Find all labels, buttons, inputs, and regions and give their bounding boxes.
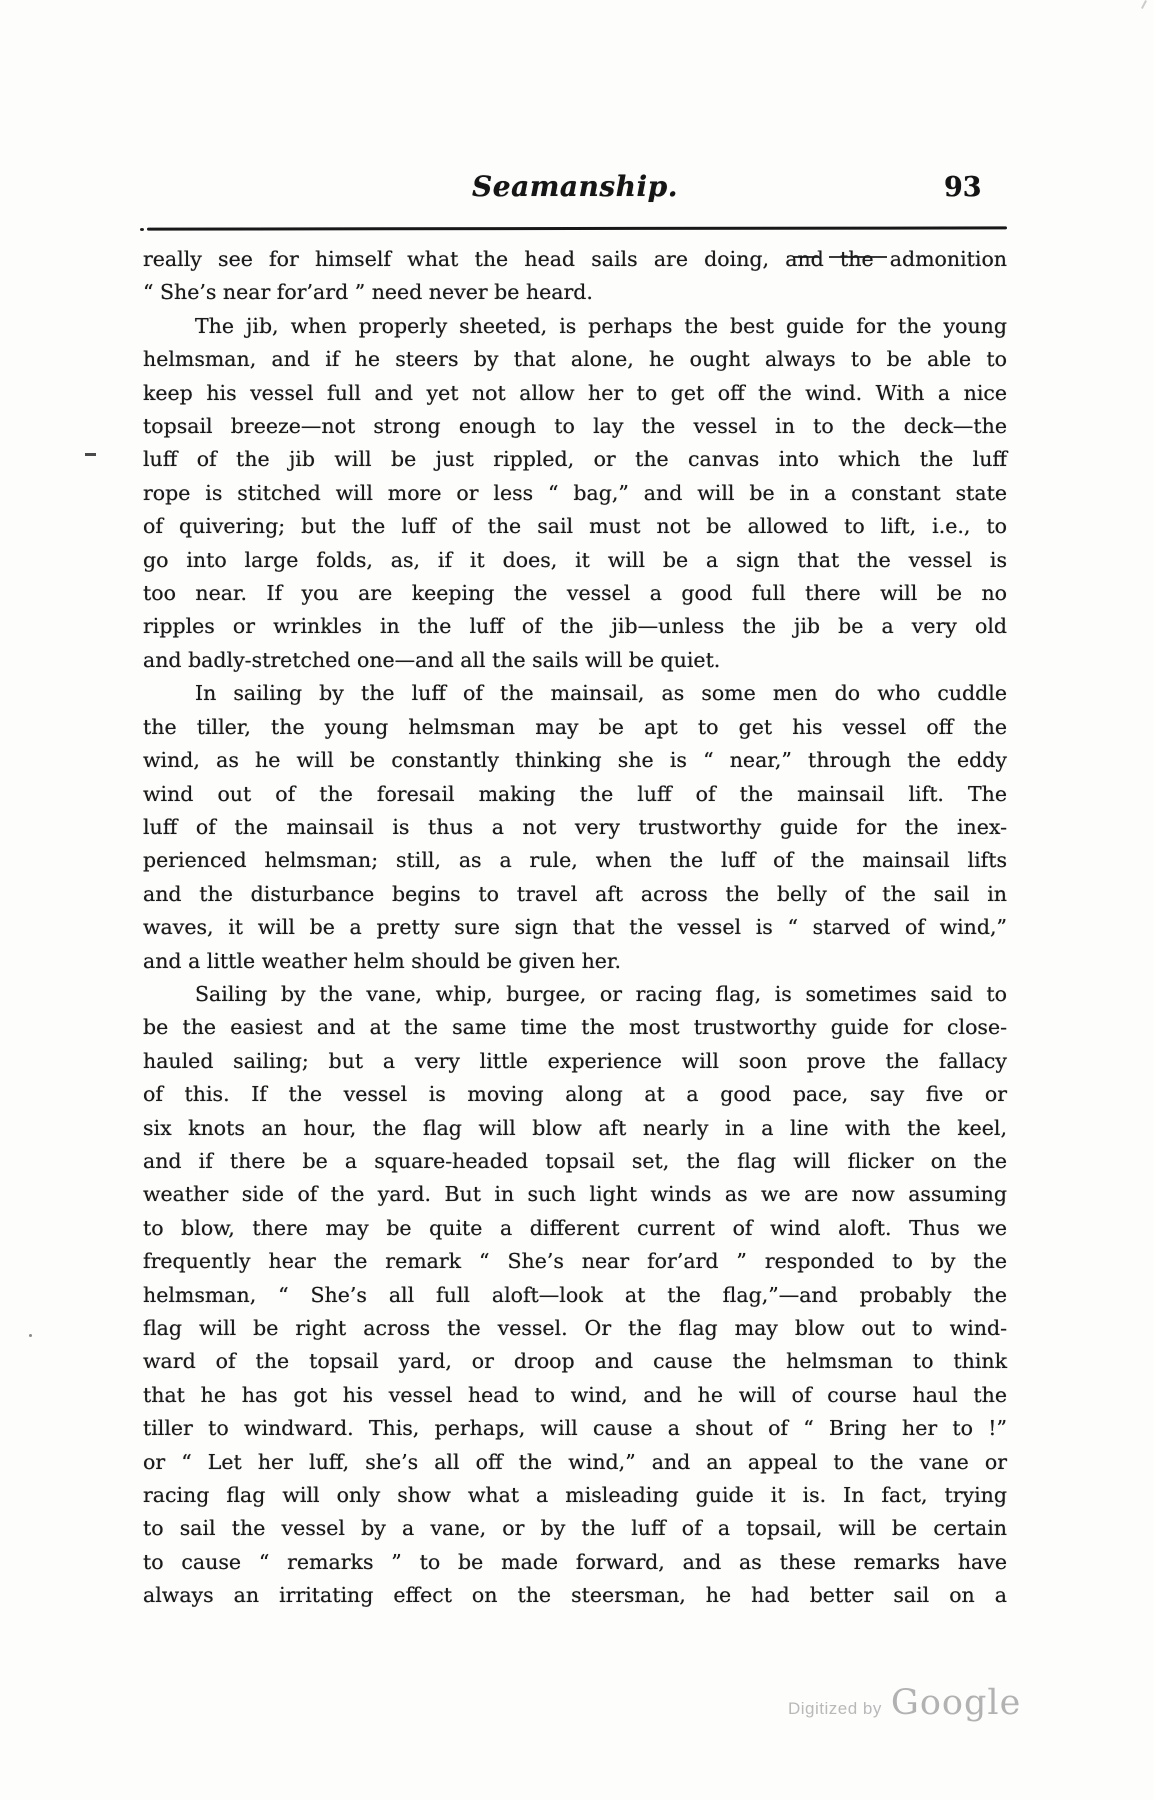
digitized-by-label: Digitized by: [788, 1699, 882, 1719]
google-logo: Google: [891, 1683, 1021, 1723]
text-line: helmsman, “ She’s all full aloft—look at…: [143, 1279, 1007, 1312]
text-line: or “ Let her luff, she’s all off the win…: [143, 1446, 1007, 1479]
text-line: six knots an hour, the flag will blow af…: [143, 1112, 1007, 1145]
text-line: racing flag will only show what a mislea…: [143, 1479, 1007, 1512]
corner-scan-speck: [1141, 0, 1147, 9]
margin-scan-mark: [85, 453, 96, 456]
margin-scan-dot: [29, 1334, 32, 1337]
text-line: always an irritating effect on the steer…: [143, 1579, 1007, 1612]
text-line: wind out of the foresail making the luff…: [143, 778, 1007, 811]
text-line: Sailing by the vane, whip, burgee, or ra…: [143, 978, 1007, 1011]
text-line: to sail the vessel by a vane, or by the …: [143, 1512, 1007, 1545]
page-body: really see for himself what the head sai…: [143, 243, 1007, 1613]
text-line: wind, as he will be constantly thinking …: [143, 744, 1007, 777]
text-line: ward of the topsail yard, or droop and c…: [143, 1345, 1007, 1378]
running-header-title: Seamanship.: [143, 170, 1007, 203]
text-line: luff of the mainsail is thus a not very …: [143, 811, 1007, 844]
text-line: to cause “ remarks ” to be made forward,…: [143, 1546, 1007, 1579]
text-line: that he has got his vessel head to wind,…: [143, 1379, 1007, 1412]
watermark: Digitized by Google: [788, 1683, 1021, 1723]
text-line: perienced helmsman; still, as a rule, wh…: [143, 844, 1007, 877]
text-line: of this. If the vessel is moving along a…: [143, 1078, 1007, 1111]
text-line: be the easiest and at the same time the …: [143, 1011, 1007, 1044]
text-line: “ She’s near for’ard ” need never be hea…: [143, 276, 1007, 309]
text-line: tiller to windward. This, perhaps, will …: [143, 1412, 1007, 1445]
text-line: the tiller, the young helmsman may be ap…: [143, 711, 1007, 744]
text-line: topsail breeze—not strong enough to lay …: [143, 410, 1007, 443]
text-line: waves, it will be a pretty sure sign tha…: [143, 911, 1007, 944]
text-line: too near. If you are keeping the vessel …: [143, 577, 1007, 610]
book-page: Seamanship. 93 really see for himself wh…: [0, 0, 1153, 1800]
text-line: and the disturbance begins to travel aft…: [143, 878, 1007, 911]
text-line: helmsman, and if he steers by that alone…: [143, 343, 1007, 376]
text-line: of quivering; but the luff of the sail m…: [143, 510, 1007, 543]
text-line: weather side of the yard. But in such li…: [143, 1178, 1007, 1211]
text-line: ripples or wrinkles in the luff of the j…: [143, 610, 1007, 643]
text-line: hauled sailing; but a very little experi…: [143, 1045, 1007, 1078]
page-number: 93: [944, 172, 982, 203]
text-line: go into large folds, as, if it does, it …: [143, 544, 1007, 577]
text-line: flag will be right across the vessel. Or…: [143, 1312, 1007, 1345]
text-line: rope is stitched will more or less “ bag…: [143, 477, 1007, 510]
text-line: The jib, when properly sheeted, is perha…: [143, 310, 1007, 343]
header-rule: [147, 226, 1007, 230]
text-line: and a little weather helm should be give…: [143, 945, 1007, 978]
text-line: really see for himself what the head sai…: [143, 243, 1007, 276]
text-line: frequently hear the remark “ She’s near …: [143, 1245, 1007, 1278]
text-line: luff of the jib will be just rippled, or…: [143, 443, 1007, 476]
text-line: In sailing by the luff of the mainsail, …: [143, 677, 1007, 710]
header-rule-dot: [140, 228, 144, 231]
text-line: and badly-stretched one—and all the sail…: [143, 644, 1007, 677]
text-line: and if there be a square-headed topsail …: [143, 1145, 1007, 1178]
text-line: keep his vessel full and yet not allow h…: [143, 377, 1007, 410]
text-line: to blow, there may be quite a different …: [143, 1212, 1007, 1245]
